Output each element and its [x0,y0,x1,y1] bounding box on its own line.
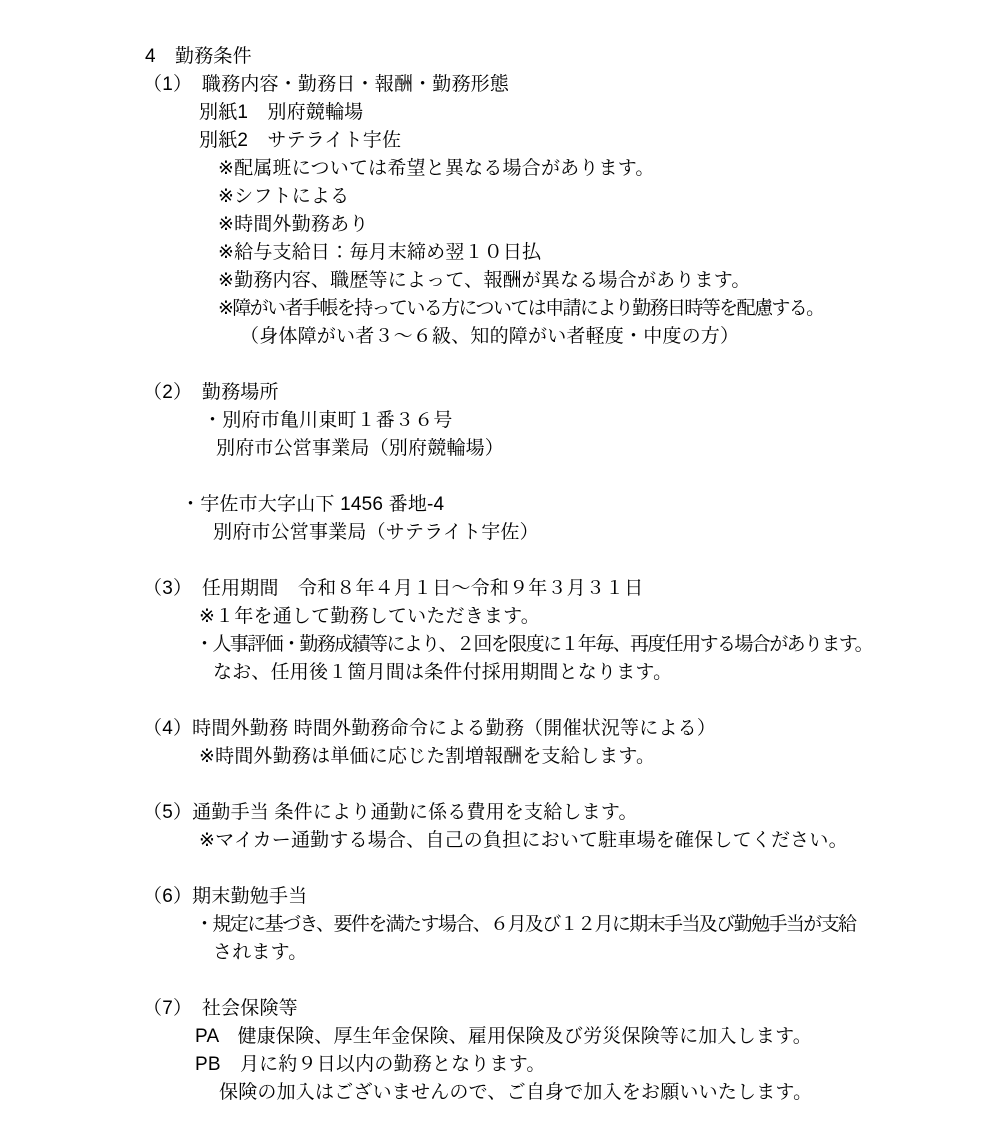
doc-line-deep: 保険の加入はございませんので、ご自身で加入をお願いいたします。 [0,1079,1000,1107]
doc-line-cont3: なお、任用後１箇月間は条件付採用期間となります。 [0,659,1000,687]
doc-line-section: （1） 職務内容・勤務日・報酬・勤務形態 [0,71,1000,99]
doc-line-cont3: されます。 [0,939,1000,967]
document-body: 4 勤務条件（1） 職務内容・勤務日・報酬・勤務形態別紙1 別府競輪場別紙2 サ… [0,0,1000,1107]
doc-blank-line [0,771,1000,799]
doc-blank-line [0,687,1000,715]
doc-line-label: PB 月に約９日以内の勤務となります。 [0,1051,1000,1079]
doc-line-subnote: （身体障がい者３～６級、知的障がい者軽度・中度の方） [0,323,1000,351]
doc-line-section: （4）時間外勤務 時間外勤務命令による勤務（開催状況等による） [0,715,1000,743]
doc-line-cont1: 別府市公営事業局（別府競輪場） [0,435,1000,463]
doc-line-section: （7） 社会保険等 [0,995,1000,1023]
doc-line-section: （2） 勤務場所 [0,379,1000,407]
doc-line-item: 別紙1 別府競輪場 [0,99,1000,127]
doc-line-section: （6）期末勤勉手当 [0,883,1000,911]
doc-line-bullet3: ・規定に基づき、要件を満たす場合、６月及び１２月に期末手当及び勤勉手当が支給 [0,911,1000,939]
doc-blank-line [0,547,1000,575]
doc-line-note: ※障がい者手帳を持っている方については申請により勤務日時等を配慮する。 [0,295,1000,323]
doc-line-note: ※給与支給日：毎月末締め翌１０日払 [0,239,1000,267]
doc-line-label: PA 健康保険、厚生年金保険、雇用保険及び労災保険等に加入します。 [0,1023,1000,1051]
doc-blank-line [0,855,1000,883]
doc-blank-line [0,351,1000,379]
doc-line-cont2: 別府市公営事業局（サテライト宇佐） [0,519,1000,547]
doc-line-note: ※時間外勤務あり [0,211,1000,239]
doc-line-item: ※時間外勤務は単価に応じた割増報酬を支給します。 [0,743,1000,771]
doc-line-bullet1: ・別府市亀川東町１番３６号 [0,407,1000,435]
doc-line-item: ※マイカー通勤する場合、自己の負担において駐車場を確保してください。 [0,827,1000,855]
doc-line-bullet3: ・人事評価・勤務成績等により、２回を限度に１年毎、再度任用する場合があります。 [0,631,1000,659]
document-page: 4 勤務条件（1） 職務内容・勤務日・報酬・勤務形態別紙1 別府競輪場別紙2 サ… [0,0,1000,1128]
doc-line-bullet2: ・宇佐市大字山下 1456 番地-4 [0,491,1000,519]
doc-line-item: ※１年を通して勤務していただきます。 [0,603,1000,631]
doc-line-item: 別紙2 サテライト宇佐 [0,127,1000,155]
doc-line-note: ※勤務内容、職歴等によって、報酬が異なる場合があります。 [0,267,1000,295]
doc-line-section: （3） 任用期間 令和８年４月１日～令和９年３月３１日 [0,575,1000,603]
doc-blank-line [0,967,1000,995]
doc-line-section: （5）通勤手当 条件により通勤に係る費用を支給します。 [0,799,1000,827]
doc-line-heading: 4 勤務条件 [0,43,1000,71]
doc-line-note: ※シフトによる [0,183,1000,211]
doc-line-note: ※配属班については希望と異なる場合があります。 [0,155,1000,183]
doc-blank-line [0,463,1000,491]
